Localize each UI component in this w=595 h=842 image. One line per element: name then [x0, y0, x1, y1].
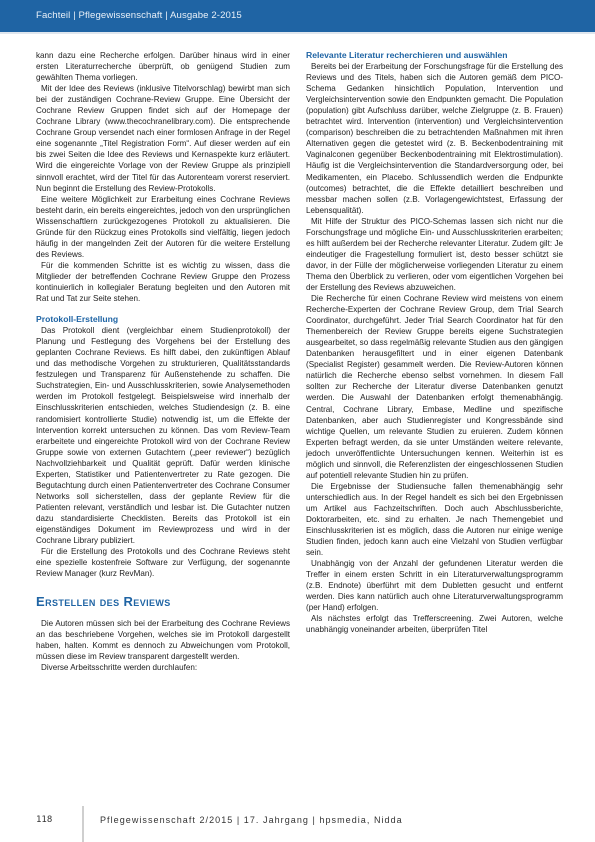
body-paragraph: Eine weitere Möglichkeit zur Erarbeitung… — [36, 194, 290, 260]
left-column: kann dazu eine Recherche erfolgen. Darüb… — [36, 50, 290, 673]
body-paragraph: Das Protokoll dient (vergleichbar einem … — [36, 325, 290, 546]
body-paragraph: Mit Hilfe der Struktur des PICO-Schemas … — [306, 216, 563, 293]
body-paragraph: Für die kommenden Schritte ist es wichti… — [36, 260, 290, 304]
running-header-band: Fachteil | Pflegewissenschaft | Ausgabe … — [0, 0, 595, 32]
running-header-title: Fachteil | Pflegewissenschaft | Ausgabe … — [36, 10, 242, 21]
body-paragraph: Als nächstes erfolgt das Trefferscreenin… — [306, 613, 563, 635]
page-number: 118 — [36, 815, 52, 825]
subheading-literature: Relevante Literatur recherchieren und au… — [306, 50, 563, 61]
right-column: Relevante Literatur recherchieren und au… — [306, 50, 563, 635]
header-divider — [0, 32, 595, 34]
footer-citation: Pflegewissenschaft 2/2015 | 17. Jahrgang… — [100, 815, 403, 825]
subheading-protocol: Protokoll-Erstellung — [36, 314, 290, 325]
body-paragraph: Diverse Arbeitsschritte werden durchlauf… — [36, 662, 290, 673]
section-heading: Erstellen des Reviews — [36, 595, 290, 609]
body-paragraph: Unabhängig von der Anzahl der gefundenen… — [306, 558, 563, 613]
body-paragraph: Mit der Idee des Reviews (inklusive Tite… — [36, 83, 290, 193]
body-paragraph: kann dazu eine Recherche erfolgen. Darüb… — [36, 50, 290, 83]
body-paragraph: Bereits bei der Erarbeitung der Forschun… — [306, 61, 563, 216]
body-paragraph: Für die Erstellung des Protokolls und de… — [36, 546, 290, 579]
body-paragraph: Die Autoren müssen sich bei der Erarbeit… — [36, 618, 290, 662]
body-paragraph: Die Ergebnisse der Studiensuche fallen t… — [306, 481, 563, 558]
footer-divider — [82, 806, 84, 842]
body-paragraph: Die Recherche für einen Cochrane Review … — [306, 293, 563, 481]
